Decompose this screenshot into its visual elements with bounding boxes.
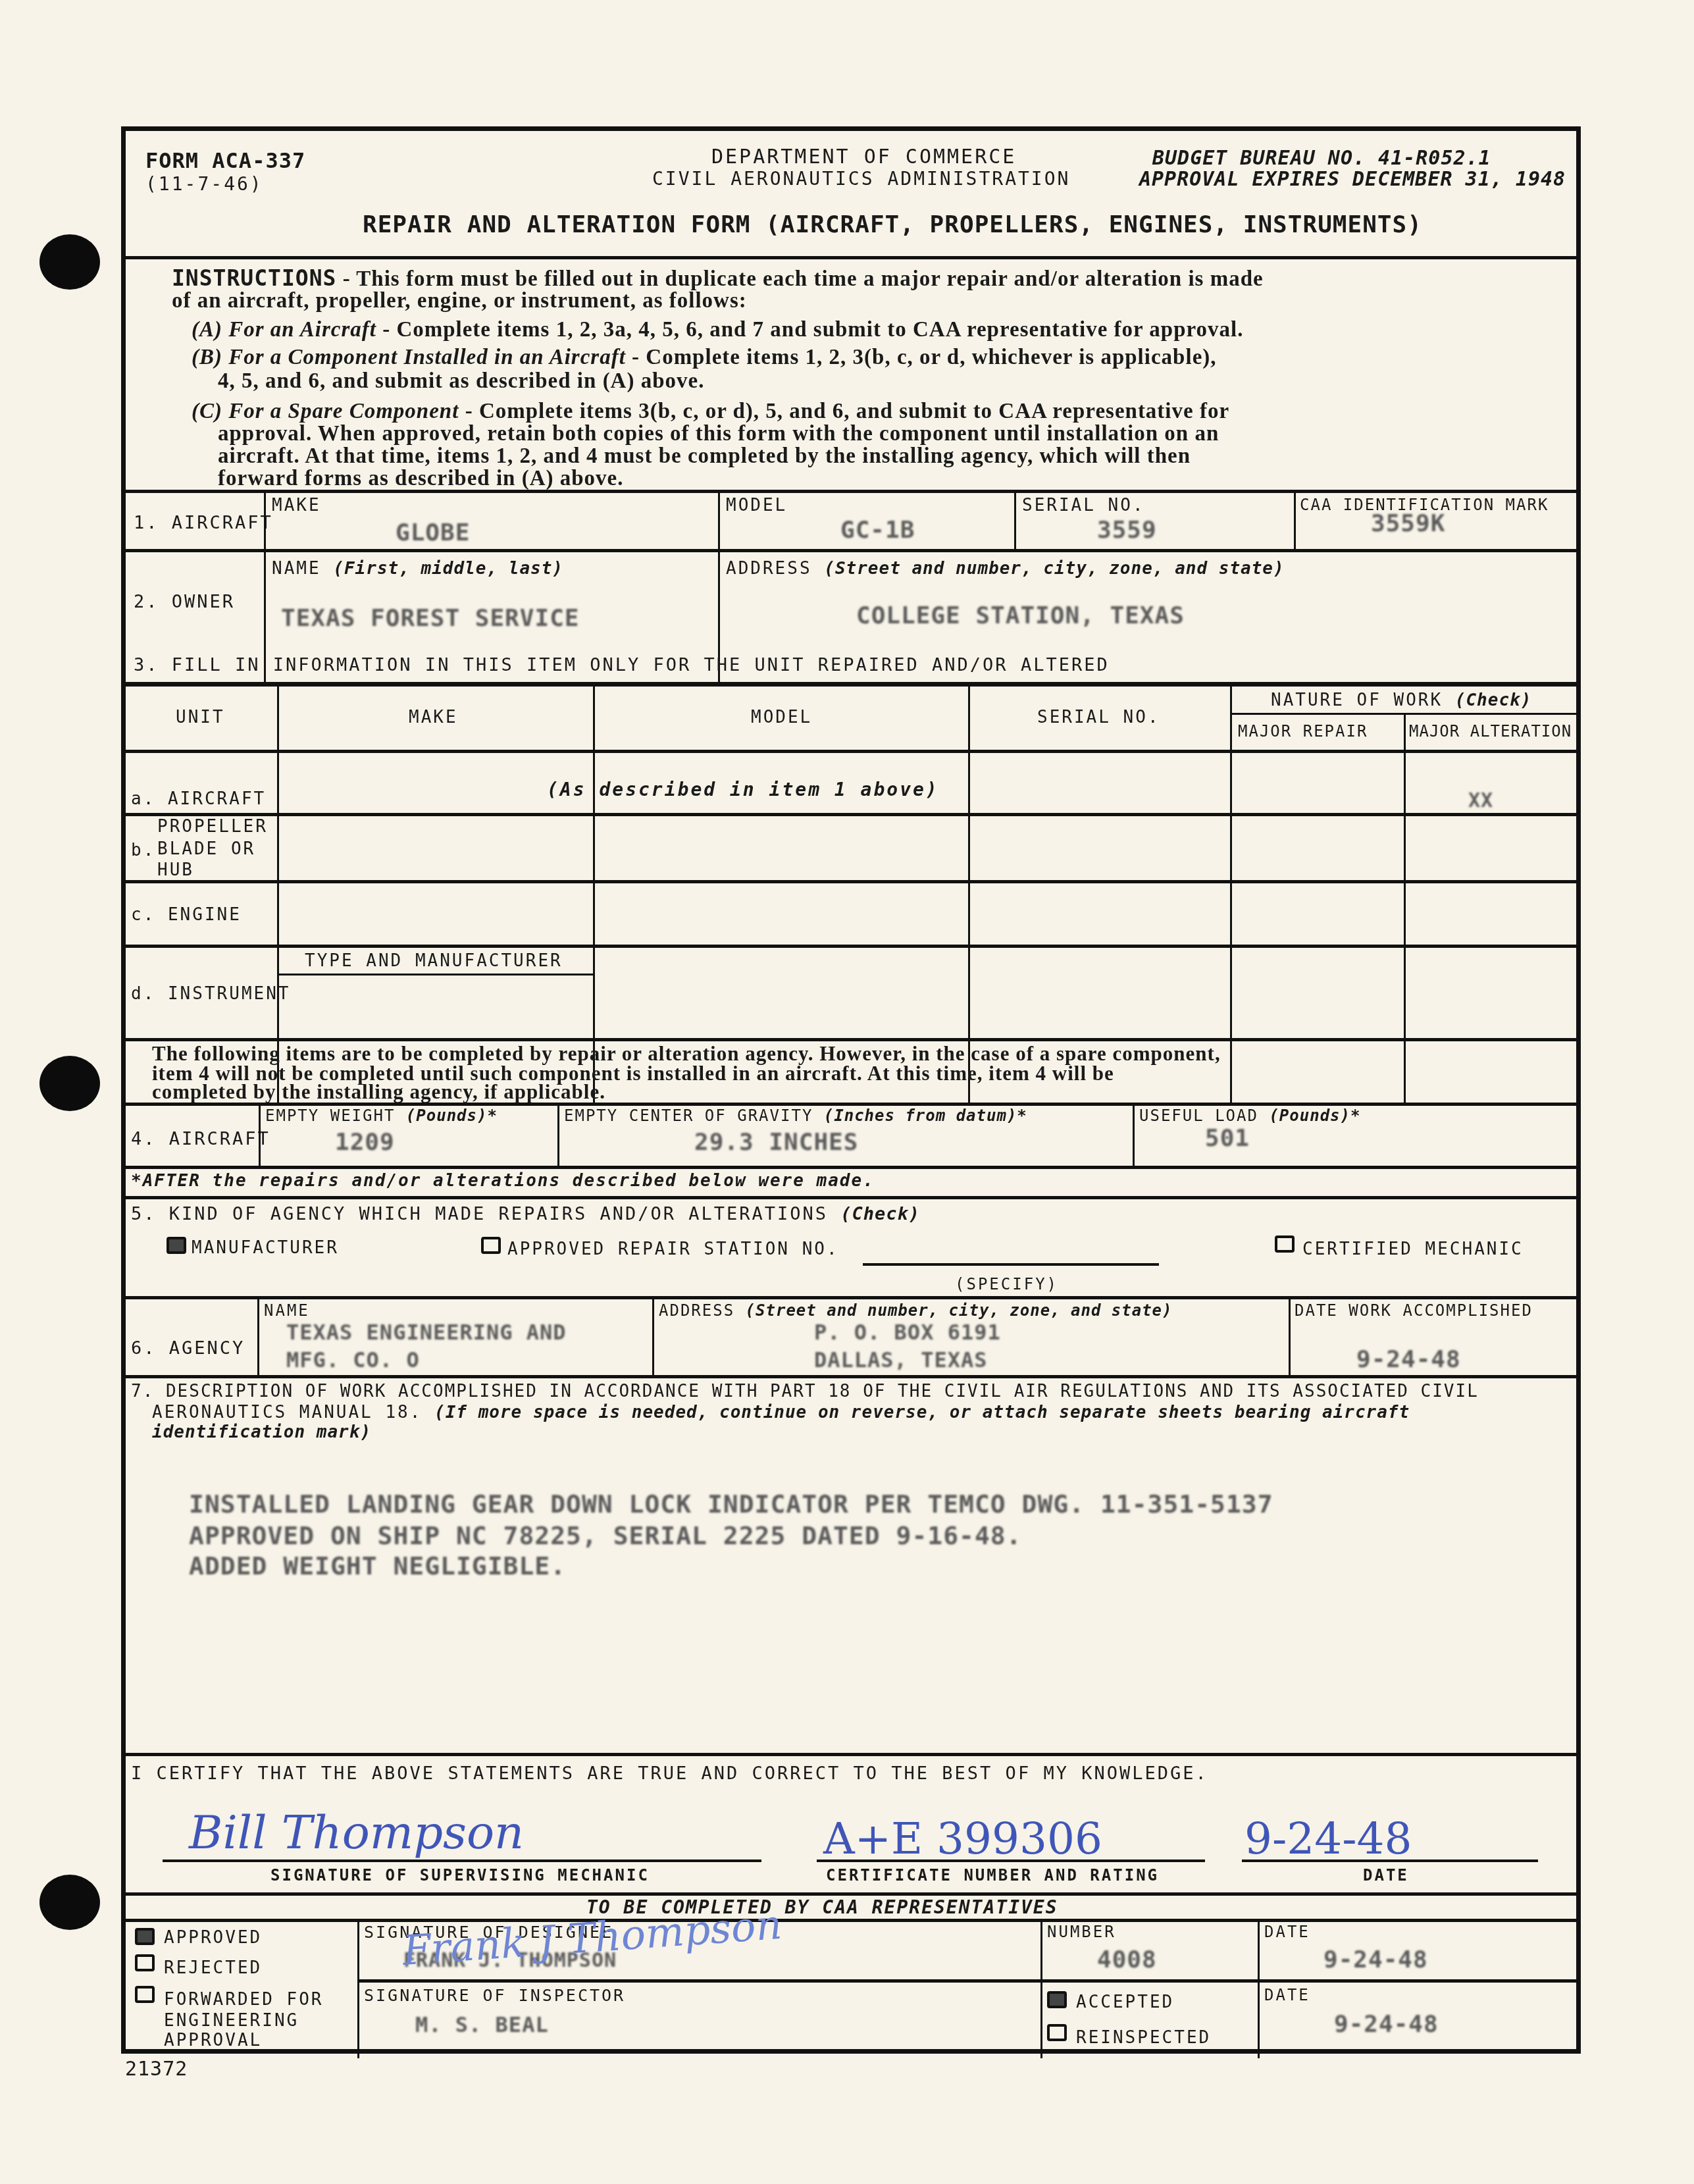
- approved-label: APPROVED: [164, 1928, 262, 1948]
- approved-repair-station-label: APPROVED REPAIR STATION NO.: [507, 1239, 839, 1259]
- instructions-c2: approval. When approved, retain both cop…: [218, 422, 1219, 446]
- forwarded-checkbox[interactable]: [135, 1986, 155, 2003]
- unit-propeller-l3: HUB: [157, 860, 194, 880]
- divider: [126, 1892, 1576, 1896]
- divider: [126, 490, 1576, 493]
- owner-name-label: NAME (First, middle, last): [272, 559, 563, 579]
- inspector-label: SIGNATURE OF INSPECTOR: [364, 1986, 625, 2005]
- model-label: MODEL: [726, 496, 787, 515]
- agency-address-label: ADDRESS (Street and number, city, zone, …: [659, 1301, 1172, 1320]
- agency-name-label: NAME: [264, 1301, 310, 1320]
- unit-aircraft: a. AIRCRAFT: [131, 789, 266, 809]
- certified-mechanic-label: CERTIFIED MECHANIC: [1302, 1239, 1524, 1259]
- rejected-checkbox[interactable]: [135, 1954, 155, 1971]
- department: DEPARTMENT OF COMMERCE: [711, 145, 1016, 169]
- forwarded-label-1: FORWARDED FOR: [164, 1990, 324, 2010]
- serial-value[interactable]: 3559: [1097, 517, 1157, 544]
- instructions-c3: aircraft. At that time, items 1, 2, and …: [218, 444, 1191, 469]
- empty-weight-value[interactable]: 1209: [335, 1129, 395, 1156]
- budget-bureau: BUDGET BUREAU NO. 41-R052.1: [1152, 147, 1491, 170]
- model-value[interactable]: GC-1B: [840, 517, 915, 544]
- accepted-checkbox[interactable]: [1047, 1991, 1067, 2008]
- date2-label: DATE: [1264, 1986, 1310, 2004]
- owner-name-value[interactable]: TEXAS FOREST SERVICE: [281, 605, 579, 632]
- date2-value[interactable]: 9-24-48: [1334, 2011, 1439, 2038]
- useful-load-label: USEFUL LOAD (Pounds)*: [1139, 1106, 1360, 1125]
- unit-propeller-l2: BLADE OR: [157, 839, 255, 859]
- item6-label: 6. AGENCY: [131, 1338, 245, 1359]
- col-nature: NATURE OF WORK (Check): [1271, 690, 1531, 710]
- divider: [126, 1753, 1576, 1756]
- work-description-line1[interactable]: INSTALLED LANDING GEAR DOWN LOCK INDICAT…: [189, 1490, 1273, 1519]
- certified-mechanic-checkbox[interactable]: [1275, 1235, 1295, 1253]
- divider: [126, 750, 1576, 753]
- divider: [652, 1296, 654, 1375]
- divider: [126, 549, 1576, 552]
- item4-footnote: *AFTER the repairs and/or alterations de…: [131, 1171, 875, 1191]
- divider: [126, 256, 1576, 259]
- item7-hint-2: identification mark): [152, 1422, 371, 1442]
- item3-label: 3. FILL IN INFORMATION IN THIS ITEM ONLY…: [134, 655, 1110, 675]
- divider: [126, 682, 1576, 685]
- instructions-c: (C) For a Spare Component - Complete ite…: [192, 400, 1229, 424]
- empty-weight-label: EMPTY WEIGHT (Pounds)*: [265, 1106, 498, 1125]
- unit-engine: c. ENGINE: [131, 905, 242, 925]
- form-id: FORM ACA-337: [145, 148, 305, 173]
- divider: [1040, 1919, 1042, 2058]
- approval-expires: APPROVAL EXPIRES DECEMBER 31, 1948: [1139, 168, 1566, 191]
- divider: [126, 1296, 1576, 1299]
- instructions-heading: INSTRUCTIONS: [172, 265, 336, 291]
- col-serial: SERIAL NO.: [1037, 708, 1160, 727]
- divider: [1133, 1103, 1135, 1166]
- divider: [126, 1103, 1576, 1106]
- divider: [1294, 490, 1296, 549]
- col-make: MAKE: [409, 708, 458, 727]
- item4-label: 4. AIRCRAFT: [131, 1129, 270, 1149]
- work-description-line3[interactable]: ADDED WEIGHT NEGLIGIBLE.: [189, 1551, 566, 1580]
- date-accomplished-value[interactable]: 9-24-48: [1356, 1346, 1461, 1373]
- divider: [557, 1103, 559, 1166]
- cg-label: EMPTY CENTER OF GRAVITY (Inches from dat…: [564, 1106, 1027, 1125]
- divider: [259, 1103, 261, 1166]
- document-number: 21372: [125, 2058, 188, 2081]
- serial-label: SERIAL NO.: [1022, 496, 1145, 515]
- divider: [126, 1196, 1576, 1199]
- divider: [126, 1038, 1576, 1041]
- owner-address-value[interactable]: COLLEGE STATION, TEXAS: [856, 602, 1185, 629]
- reinspected-checkbox[interactable]: [1047, 2024, 1067, 2041]
- divider: [718, 490, 720, 683]
- accepted-label: ACCEPTED: [1076, 1992, 1174, 2012]
- form-date: (11-7-46): [145, 173, 263, 195]
- repair-station-number-field[interactable]: [863, 1263, 1159, 1266]
- item1-label: 1. AIRCRAFT: [134, 513, 273, 533]
- repair-alteration-form: FORM ACA-337 (11-7-46) DEPARTMENT OF COM…: [121, 126, 1581, 2054]
- work-description-line2[interactable]: APPROVED ON SHIP NC 78225, SERIAL 2225 D…: [189, 1521, 1022, 1550]
- designee-number[interactable]: 4008: [1097, 1946, 1157, 1973]
- unit-propeller-l1: PROPELLER: [157, 817, 268, 837]
- divider: [357, 1919, 359, 2058]
- specify-label: (SPECIFY): [955, 1275, 1058, 1293]
- divider: [126, 1375, 1576, 1378]
- date-accomplished-label: DATE WORK ACCOMPLISHED: [1295, 1301, 1533, 1320]
- certificate-label: CERTIFICATE NUMBER AND RATING: [826, 1866, 1159, 1885]
- instructions-a: (A) For an Aircraft - Complete items 1, …: [192, 318, 1244, 342]
- certification-statement: I CERTIFY THAT THE ABOVE STATEMENTS ARE …: [131, 1763, 1208, 1784]
- item5-label: 5. KIND OF AGENCY WHICH MADE REPAIRS AND…: [131, 1204, 920, 1224]
- divider: [126, 1919, 1576, 1922]
- approved-checkbox[interactable]: [135, 1928, 155, 1945]
- number-label: NUMBER: [1047, 1923, 1116, 1941]
- manufacturer-checkbox[interactable]: [167, 1237, 186, 1254]
- date1-label: DATE: [1264, 1923, 1310, 1941]
- divider: [126, 945, 1576, 948]
- make-label: MAKE: [272, 496, 321, 515]
- divider: [1258, 1919, 1260, 2058]
- divider: [357, 1979, 1576, 1983]
- item7-label: 7. DESCRIPTION OF WORK ACCOMPLISHED IN A…: [131, 1382, 1479, 1401]
- divider: [1404, 714, 1406, 1103]
- mechanic-signature-line: [163, 1859, 761, 1862]
- mechanic-signature[interactable]: Bill Thompson: [189, 1806, 524, 1859]
- col-unit: UNIT: [176, 708, 225, 727]
- divider: [126, 880, 1576, 883]
- date1-value[interactable]: 9-24-48: [1323, 1946, 1428, 1973]
- certification-date[interactable]: 9-24-48: [1245, 1813, 1412, 1864]
- item2-label: 2. OWNER: [134, 592, 235, 612]
- form-title: REPAIR AND ALTERATION FORM (AIRCRAFT, PR…: [363, 211, 1422, 238]
- punch-hole-top: [39, 234, 100, 290]
- agency-note-line3: completed by the installing agency, if a…: [152, 1080, 605, 1104]
- certificate-line: [817, 1859, 1205, 1862]
- divider: [1014, 490, 1016, 549]
- divider: [126, 1166, 1576, 1169]
- cg-value[interactable]: 29.3 INCHES: [694, 1129, 858, 1156]
- forwarded-label-3: APPROVAL: [164, 2031, 262, 2050]
- col-major-alteration: MAJOR ALTERATION: [1409, 722, 1572, 741]
- useful-load-value[interactable]: 501: [1205, 1125, 1250, 1152]
- divider: [264, 490, 266, 683]
- divider: [126, 813, 1576, 816]
- instructions-b: (B) For a Component Installed in an Airc…: [192, 346, 1217, 370]
- caa-mark-value[interactable]: 3559K: [1371, 510, 1445, 537]
- agency-address-line2[interactable]: DALLAS, TEXAS: [814, 1347, 987, 1372]
- punch-hole-middle: [39, 1056, 100, 1111]
- manufacturer-label: MANUFACTURER: [192, 1238, 339, 1258]
- col-model: MODEL: [751, 708, 812, 727]
- instrument-sublabel: TYPE AND MANUFACTURER: [305, 951, 563, 971]
- divider: [1230, 713, 1576, 715]
- divider: [257, 1296, 259, 1375]
- certification-date-line: [1242, 1859, 1538, 1862]
- agency-address-line1[interactable]: P. O. BOX 6191: [814, 1320, 1001, 1345]
- unit-instrument: d. INSTRUMENT: [131, 984, 291, 1004]
- col-major-repair: MAJOR REPAIR: [1238, 722, 1368, 741]
- divider: [1289, 1296, 1291, 1375]
- instructions-line1: INSTRUCTIONS - This form must be filled …: [172, 265, 1264, 292]
- forwarded-label-2: ENGINEERING: [164, 2011, 299, 2031]
- owner-address-label: ADDRESS (Street and number, city, zone, …: [726, 559, 1285, 579]
- certificate-number[interactable]: A+E 399306: [823, 1813, 1102, 1864]
- certification-date-label: DATE: [1363, 1866, 1409, 1885]
- administration: CIVIL AERONAUTICS ADMINISTRATION: [652, 168, 1070, 190]
- divider: [277, 974, 593, 975]
- major-alteration-check[interactable]: XX: [1468, 789, 1493, 812]
- make-value[interactable]: GLOBE: [396, 519, 470, 546]
- aircraft-row-note: (As described in item 1 above): [547, 779, 939, 800]
- inspector-name[interactable]: M. S. BEAL: [415, 2012, 549, 2037]
- approved-repair-station-checkbox[interactable]: [481, 1237, 501, 1254]
- reinspected-label: REINSPECTED: [1076, 2028, 1211, 2048]
- punch-hole-bottom: [39, 1875, 100, 1930]
- agency-name-line1[interactable]: TEXAS ENGINEERING AND: [286, 1320, 567, 1345]
- agency-name-line2[interactable]: MFG. CO. O: [286, 1347, 420, 1372]
- item7-label-2: AERONAUTICS MANUAL 18. (If more space is…: [152, 1403, 1410, 1422]
- instructions-line2: of an aircraft, propeller, engine, or in…: [172, 289, 747, 313]
- rejected-label: REJECTED: [164, 1958, 262, 1978]
- instructions-c4: forward forms as described in (A) above.: [218, 467, 624, 491]
- mechanic-signature-label: SIGNATURE OF SUPERVISING MECHANIC: [270, 1866, 650, 1885]
- unit-propeller-prefix: b.: [131, 841, 155, 860]
- instructions-b2: 4, 5, and 6, and submit as described in …: [218, 369, 704, 394]
